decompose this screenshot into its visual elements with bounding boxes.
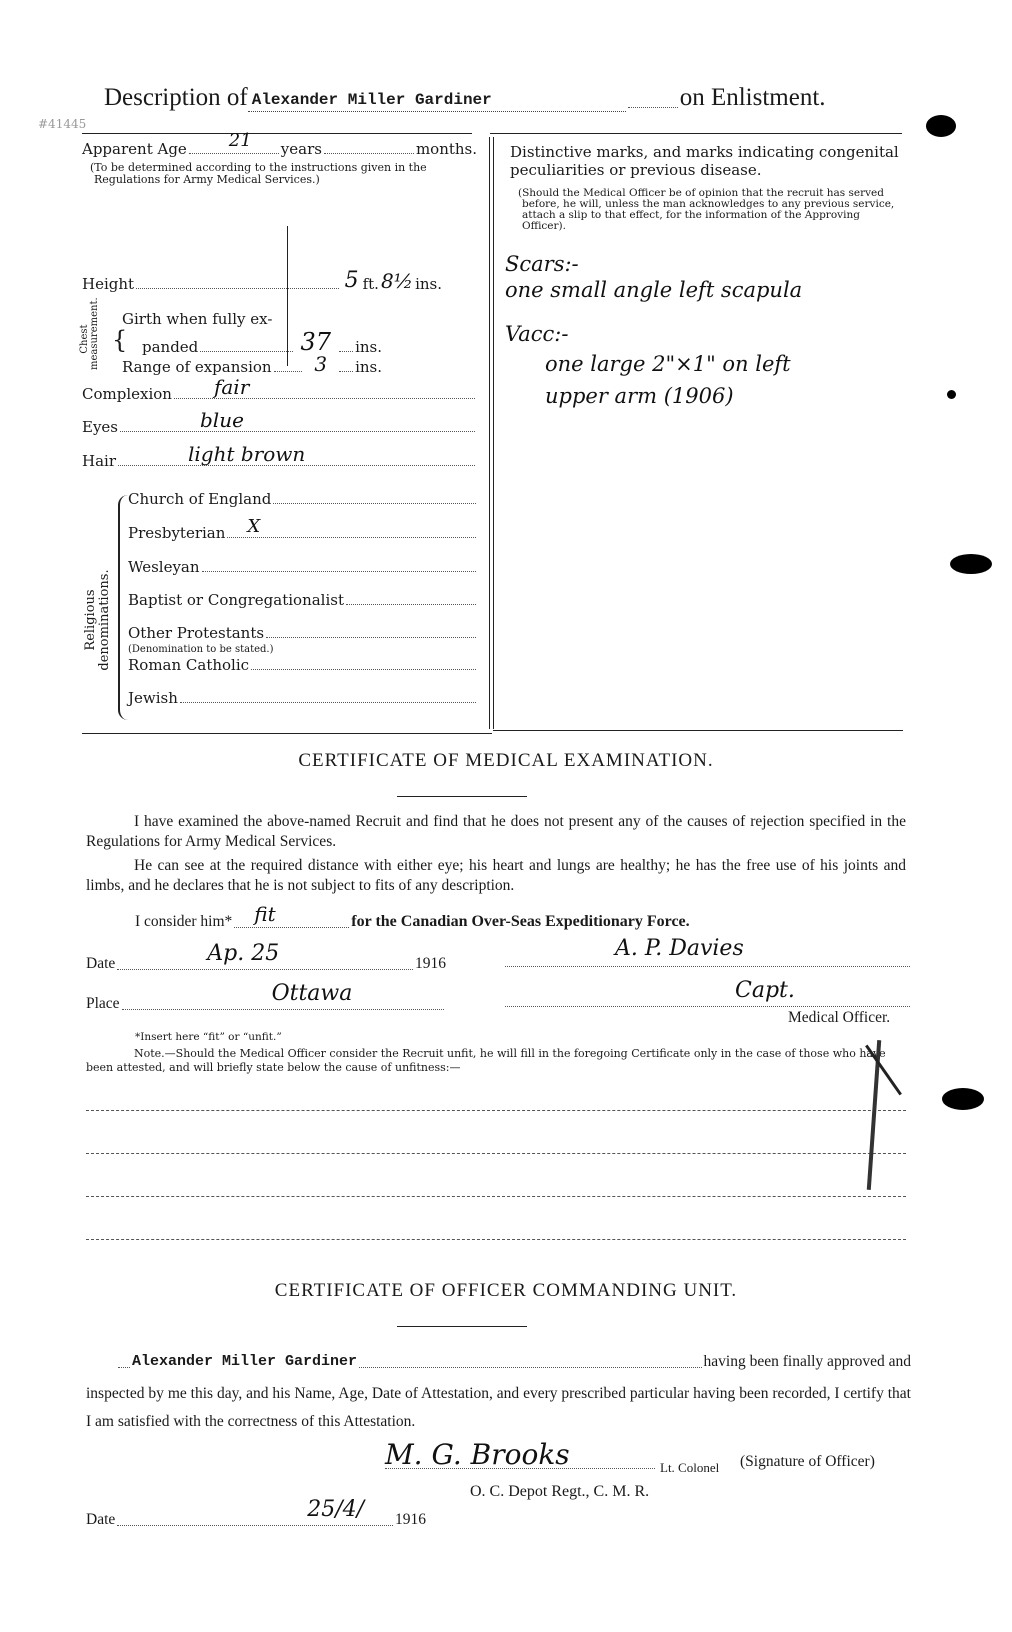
commanding-date-row: Date 25/4/ 1916 bbox=[86, 1510, 426, 1530]
fitness-row: I consider him* fit for the Canadian Ove… bbox=[135, 912, 855, 932]
commanding-signature-line: M. G. Brooks bbox=[385, 1468, 655, 1469]
commanding-date-value: 25/4/ bbox=[307, 1500, 364, 1520]
religion-label: Roman Catholic bbox=[128, 656, 249, 674]
place-value: Ottawa bbox=[272, 984, 353, 1004]
medical-heading: CERTIFICATE OF MEDICAL EXAMINATION. bbox=[0, 750, 1012, 772]
insert-note: *Insert here “fit” or “unfit.” bbox=[135, 1031, 282, 1043]
punch-hole bbox=[950, 554, 992, 574]
unfitness-line[interactable] bbox=[86, 1153, 906, 1154]
archive-stamp: #41445 bbox=[38, 118, 86, 130]
commanding-unit: O. C. Depot Regt., C. M. R. bbox=[470, 1482, 649, 1502]
marks-note: (Should the Medical Officer be of opinio… bbox=[510, 188, 905, 232]
distinctive-marks: Distinctive marks, and marks indicating … bbox=[510, 143, 905, 232]
religion-item: Wesleyan bbox=[128, 558, 478, 576]
recruit-name: Alexander Miller Gardiner bbox=[248, 91, 626, 112]
medical-para-1: I have examined the above-named Recruit … bbox=[86, 812, 906, 852]
religion-item: PresbyterianX bbox=[128, 524, 478, 542]
marks-heading: Distinctive marks, and marks indicating … bbox=[510, 143, 905, 179]
age-value: 21 bbox=[229, 130, 252, 151]
apparent-age-label: Apparent Age bbox=[82, 140, 187, 158]
physical-description: Apparent Age 21 years months. (To be det… bbox=[82, 140, 477, 186]
punch-hole bbox=[947, 390, 956, 399]
document-header: Description of Alexander Miller Gardiner… bbox=[104, 84, 874, 112]
medical-officer-signature: A. P. Davies bbox=[615, 936, 744, 961]
ft-label: ft. bbox=[363, 275, 379, 293]
eyes-label: Eyes bbox=[82, 418, 118, 436]
medical-rank-line: Capt. bbox=[505, 1006, 910, 1007]
commanding-heading: CERTIFICATE OF OFFICER COMMANDING UNIT. bbox=[0, 1280, 1012, 1302]
complexion-value: fair bbox=[214, 375, 249, 399]
medical-signature-line: A. P. Davies bbox=[505, 966, 910, 967]
hair-row: Hair light brown bbox=[82, 452, 477, 470]
commanding-signature: M. G. Brooks bbox=[385, 1438, 570, 1471]
unfitness-line[interactable] bbox=[86, 1110, 906, 1111]
religion-label: Church of England bbox=[128, 490, 271, 508]
marks-line: Scars:- bbox=[505, 252, 579, 276]
religion-label: Jewish bbox=[128, 689, 178, 707]
punch-hole bbox=[926, 115, 956, 137]
signature-of-officer-label: (Signature of Officer) bbox=[740, 1452, 875, 1472]
complexion-row: Complexion fair bbox=[82, 385, 477, 403]
religion-item: Roman Catholic bbox=[128, 656, 478, 674]
religion-label: Other Protestants bbox=[128, 624, 264, 642]
unfitness-line[interactable] bbox=[86, 1239, 906, 1240]
commanding-rank: Lt. Colonel bbox=[660, 1458, 719, 1478]
height-ft-value: 5 bbox=[345, 268, 359, 293]
commanding-recruit-name: Alexander Miller Gardiner bbox=[132, 1352, 357, 1372]
height-in-value: 8½ bbox=[381, 269, 413, 293]
chest-label: Chest measurement. bbox=[80, 310, 96, 372]
marks-line: Vacc:- bbox=[505, 322, 568, 346]
range-label: Range of expansion bbox=[122, 358, 272, 376]
complexion-label: Complexion bbox=[82, 385, 172, 403]
girth-row: Girth when fully ex- panded 37 ins. bbox=[122, 310, 382, 356]
religion-label: Baptist or Congregationalist bbox=[128, 591, 344, 609]
range-row: Range of expansion 3 ins. bbox=[122, 352, 382, 376]
age-note: (To be determined according to the instr… bbox=[82, 162, 477, 186]
religion-mark: X bbox=[247, 516, 260, 537]
commanding-name-row: Alexander Miller Gardiner having been fi… bbox=[116, 1352, 911, 1372]
religion-label: Presbyterian bbox=[128, 524, 225, 542]
months-label: months. bbox=[416, 140, 477, 158]
religion-item: Baptist or Congregationalist bbox=[128, 591, 478, 609]
hair-value: light brown bbox=[188, 442, 305, 466]
religion-note: (Denomination to be stated.) bbox=[128, 644, 273, 656]
religion-item: Jewish bbox=[128, 689, 478, 707]
ins-label: ins. bbox=[415, 275, 442, 293]
eyes-value: blue bbox=[200, 408, 244, 432]
unfitness-note: Note.—Should the Medical Officer conside… bbox=[86, 1047, 906, 1075]
medical-date-value: Ap. 25 bbox=[207, 944, 279, 964]
commanding-text: inspected by me this day, and his Name, … bbox=[86, 1380, 911, 1436]
place-row: Place Ottawa bbox=[86, 994, 446, 1014]
medical-date-year: 1916 bbox=[415, 954, 446, 974]
hair-label: Hair bbox=[82, 452, 116, 470]
religion-item: Church of England bbox=[128, 490, 478, 508]
height-row: Height 5 ft. 8½ ins. bbox=[82, 268, 442, 293]
religion-item: Other Protestants bbox=[128, 624, 478, 642]
commanding-date-year: 1916 bbox=[395, 1510, 426, 1530]
marks-line: one small angle left scapula bbox=[505, 278, 802, 302]
punch-hole bbox=[942, 1088, 984, 1110]
fitness-value: fit bbox=[254, 904, 275, 924]
religion-brace bbox=[118, 495, 128, 720]
religion-label: Wesleyan bbox=[128, 558, 200, 576]
height-label: Height bbox=[82, 275, 134, 293]
unfitness-line[interactable] bbox=[86, 1196, 906, 1197]
medical-date-row: Date Ap. 25 1916 bbox=[86, 954, 446, 974]
eyes-row: Eyes blue bbox=[82, 418, 477, 436]
marks-line: one large 2"×1" on left bbox=[545, 352, 791, 376]
header-suffix: on Enlistment. bbox=[680, 84, 826, 112]
years-label: years bbox=[281, 140, 322, 158]
medical-para-2: He can see at the required distance with… bbox=[86, 856, 906, 896]
marks-line: upper arm (1906) bbox=[545, 384, 734, 408]
medical-officer-rank: Capt. bbox=[735, 978, 795, 1003]
range-value: 3 bbox=[314, 352, 327, 376]
header-prefix: Description of bbox=[104, 84, 248, 112]
medical-officer-title: Medical Officer. bbox=[788, 1008, 890, 1028]
